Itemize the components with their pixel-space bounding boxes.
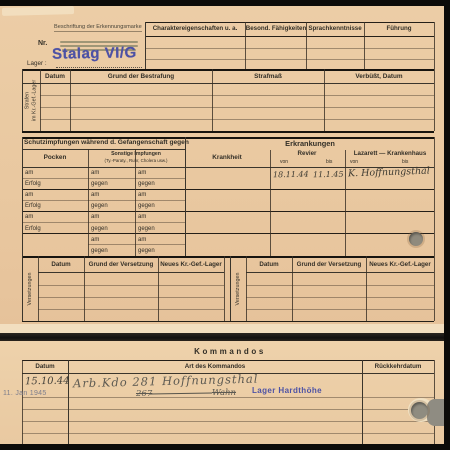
table-divider bbox=[434, 69, 435, 131]
col-rueckkehrdatum: Rückkehrdatum bbox=[375, 363, 422, 370]
col-neues-lager: Neues Kr.-Gef.-Lager bbox=[160, 261, 222, 268]
section-rule bbox=[22, 69, 434, 71]
impf-cell: gegen bbox=[138, 248, 155, 254]
impf-cell: Erfolg bbox=[25, 226, 41, 232]
table-divider bbox=[40, 69, 41, 131]
col-pocken: Pocken bbox=[44, 154, 67, 161]
versetzungen-side-label-left: Versetzungen bbox=[27, 259, 33, 319]
table-divider bbox=[185, 137, 186, 256]
impf-cell: am bbox=[91, 237, 99, 243]
revier-von-entry: 18.11.44 bbox=[273, 170, 309, 180]
impf-cell: am bbox=[138, 214, 146, 220]
impf-cell: am bbox=[25, 170, 33, 176]
table-rule bbox=[22, 189, 434, 190]
section-rule bbox=[22, 321, 434, 322]
impf-cell: Erfolg bbox=[25, 181, 41, 187]
col-art-des-kommandos: Art des Kommandos bbox=[185, 363, 246, 370]
table-rule bbox=[246, 297, 434, 298]
upper-card-bottom-edge bbox=[0, 324, 444, 333]
col-sprachkenntnisse: Sprachkenntnisse bbox=[308, 25, 361, 32]
table-rule bbox=[38, 272, 224, 273]
table-divider bbox=[22, 69, 23, 131]
strafen-side-label-line1: Strafen bbox=[25, 92, 31, 109]
table-rule bbox=[246, 272, 434, 273]
table-divider bbox=[434, 137, 435, 256]
impfungen-title: Schutzimpfungen während d. Gefangenschaf… bbox=[24, 139, 189, 146]
table-divider bbox=[434, 256, 435, 321]
col-datum: Datum bbox=[35, 363, 54, 370]
erkennungsmarke-label: Beschriftung der Erkennungsmarke bbox=[54, 24, 142, 32]
table-divider bbox=[38, 256, 39, 321]
table-divider bbox=[224, 256, 225, 321]
impf-cell: gegen bbox=[91, 181, 108, 187]
col-neues-lager: Neues Kr.-Gef.-Lager bbox=[369, 261, 431, 268]
impf-cell: gegen bbox=[138, 226, 155, 232]
kommando-date-entry: 15.10.44 bbox=[25, 376, 70, 388]
table-rule bbox=[22, 433, 434, 434]
impf-cell: am bbox=[25, 214, 33, 220]
impf-cell: gegen bbox=[91, 248, 108, 254]
scanned-pow-record-card: Beschriftung der Erkennungsmarke Nr. Sta… bbox=[0, 0, 450, 450]
impf-cell: gegen bbox=[138, 203, 155, 209]
col-charaktereigenschaften: Charaktereigenschaften u. a. bbox=[153, 25, 238, 32]
table-divider bbox=[324, 69, 325, 131]
section-rule bbox=[22, 131, 434, 133]
table-rule bbox=[38, 285, 224, 286]
impf-cell: gegen bbox=[138, 181, 155, 187]
impf-cell: gegen bbox=[91, 203, 108, 209]
table-divider bbox=[212, 69, 213, 131]
table-rule bbox=[246, 285, 434, 286]
table-rule bbox=[22, 211, 434, 212]
table-rule bbox=[145, 22, 434, 23]
table-divider bbox=[22, 360, 23, 444]
lazarett-bis-label: bis bbox=[402, 159, 408, 165]
impf-cell: gegen bbox=[91, 226, 108, 232]
table-rule bbox=[22, 200, 185, 201]
table-rule bbox=[22, 233, 434, 234]
impf-cell: Erfolg bbox=[25, 203, 41, 209]
table-divider bbox=[68, 360, 69, 444]
col-datum: Datum bbox=[45, 73, 65, 80]
table-divider bbox=[158, 256, 159, 321]
col-datum: Datum bbox=[51, 261, 70, 268]
col-besond-faehigkeiten: Besond. Fähigkeiten bbox=[246, 25, 307, 32]
col-fuehrung: Führung bbox=[386, 25, 411, 32]
table-divider bbox=[84, 256, 85, 321]
table-divider bbox=[364, 22, 365, 69]
table-rule bbox=[22, 360, 434, 361]
impf-cell: am bbox=[138, 170, 146, 176]
impf-cell: am bbox=[91, 214, 99, 220]
table-rule bbox=[246, 309, 434, 310]
col-grund-bestrafung: Grund der Bestrafung bbox=[108, 73, 174, 80]
revier-von-label: von bbox=[280, 159, 288, 165]
table-rule bbox=[40, 95, 434, 96]
tear-background bbox=[427, 399, 444, 426]
stamped-line bbox=[60, 41, 138, 43]
impf-cell: am bbox=[138, 237, 146, 243]
col-grund-versetzung: Grund der Versetzung bbox=[89, 261, 154, 268]
table-divider bbox=[22, 256, 23, 321]
table-rule bbox=[22, 421, 434, 422]
table-rule bbox=[22, 178, 185, 179]
table-divider bbox=[246, 256, 247, 321]
impf-cell: am bbox=[138, 192, 146, 198]
col-krankheit: Krankheit bbox=[212, 154, 241, 161]
table-rule bbox=[38, 297, 224, 298]
col-revier: Revier bbox=[298, 150, 317, 157]
table-divider bbox=[362, 360, 363, 444]
impf-cell: am bbox=[25, 192, 33, 198]
table-rule bbox=[145, 48, 434, 49]
nr-label: Nr. bbox=[38, 40, 47, 47]
table-divider bbox=[70, 69, 71, 131]
table-divider bbox=[230, 256, 231, 321]
lager-dotted-line bbox=[56, 67, 142, 68]
scan-border-bottom bbox=[0, 444, 450, 450]
erkrankungen-title: Erkrankungen bbox=[285, 139, 335, 148]
table-divider bbox=[22, 137, 23, 256]
table-rule bbox=[88, 244, 185, 245]
impf-cell: am bbox=[91, 170, 99, 176]
return-date-stamp: 11. Jan 1945 bbox=[3, 390, 47, 397]
col-datum: Datum bbox=[259, 261, 278, 268]
lazarett-von-label: von bbox=[350, 159, 358, 165]
table-divider bbox=[306, 22, 307, 69]
scan-border-right bbox=[444, 0, 450, 450]
table-rule bbox=[145, 36, 434, 37]
col-lazarett: Lazarett — Krankenhaus bbox=[354, 150, 427, 157]
col-strafmass: Strafmaß bbox=[254, 73, 282, 80]
table-divider bbox=[434, 22, 435, 69]
table-divider bbox=[135, 149, 136, 256]
table-divider bbox=[88, 149, 89, 256]
stalag-stamp: Stalag VI/G bbox=[52, 44, 137, 62]
table-rule bbox=[40, 119, 434, 120]
table-divider bbox=[345, 150, 346, 256]
table-divider bbox=[145, 22, 146, 69]
impf-cell: am bbox=[91, 192, 99, 198]
col-grund-versetzung: Grund der Versetzung bbox=[297, 261, 362, 268]
table-divider bbox=[245, 22, 246, 69]
card-gap-shadow bbox=[0, 333, 444, 341]
lager-hardthoehe-stamp: Lager Hardthöhe bbox=[252, 386, 322, 395]
scan-border-top bbox=[0, 0, 450, 6]
strafen-side-label-line2: im Kr.-Gef.-Lager bbox=[31, 80, 37, 121]
col-sonstige-impfungen-sub: (Ty.-Paraty., Ruhr, Cholera usw.) bbox=[104, 158, 167, 163]
table-rule bbox=[22, 222, 185, 223]
table-rule bbox=[145, 59, 434, 60]
table-rule bbox=[22, 409, 434, 410]
table-divider bbox=[366, 256, 367, 321]
table-divider bbox=[292, 256, 293, 321]
table-divider bbox=[270, 150, 271, 256]
versetzungen-side-label-right: Versetzungen bbox=[235, 259, 241, 319]
punch-hole bbox=[409, 232, 423, 246]
punch-hole-torn bbox=[411, 402, 428, 419]
table-rule bbox=[22, 397, 434, 398]
table-rule bbox=[40, 107, 434, 108]
table-rule bbox=[38, 309, 224, 310]
kommandos-title: Kommandos bbox=[194, 347, 266, 356]
col-sonstige-impfungen: Sonstige Impfungen bbox=[111, 151, 161, 157]
col-verbuesst: Verbüßt, Datum bbox=[355, 73, 402, 80]
revier-bis-entry: 11.1.45 bbox=[313, 170, 344, 180]
revier-bis-label: bis bbox=[326, 159, 332, 165]
table-rule bbox=[22, 83, 434, 84]
table-rule bbox=[22, 149, 185, 150]
